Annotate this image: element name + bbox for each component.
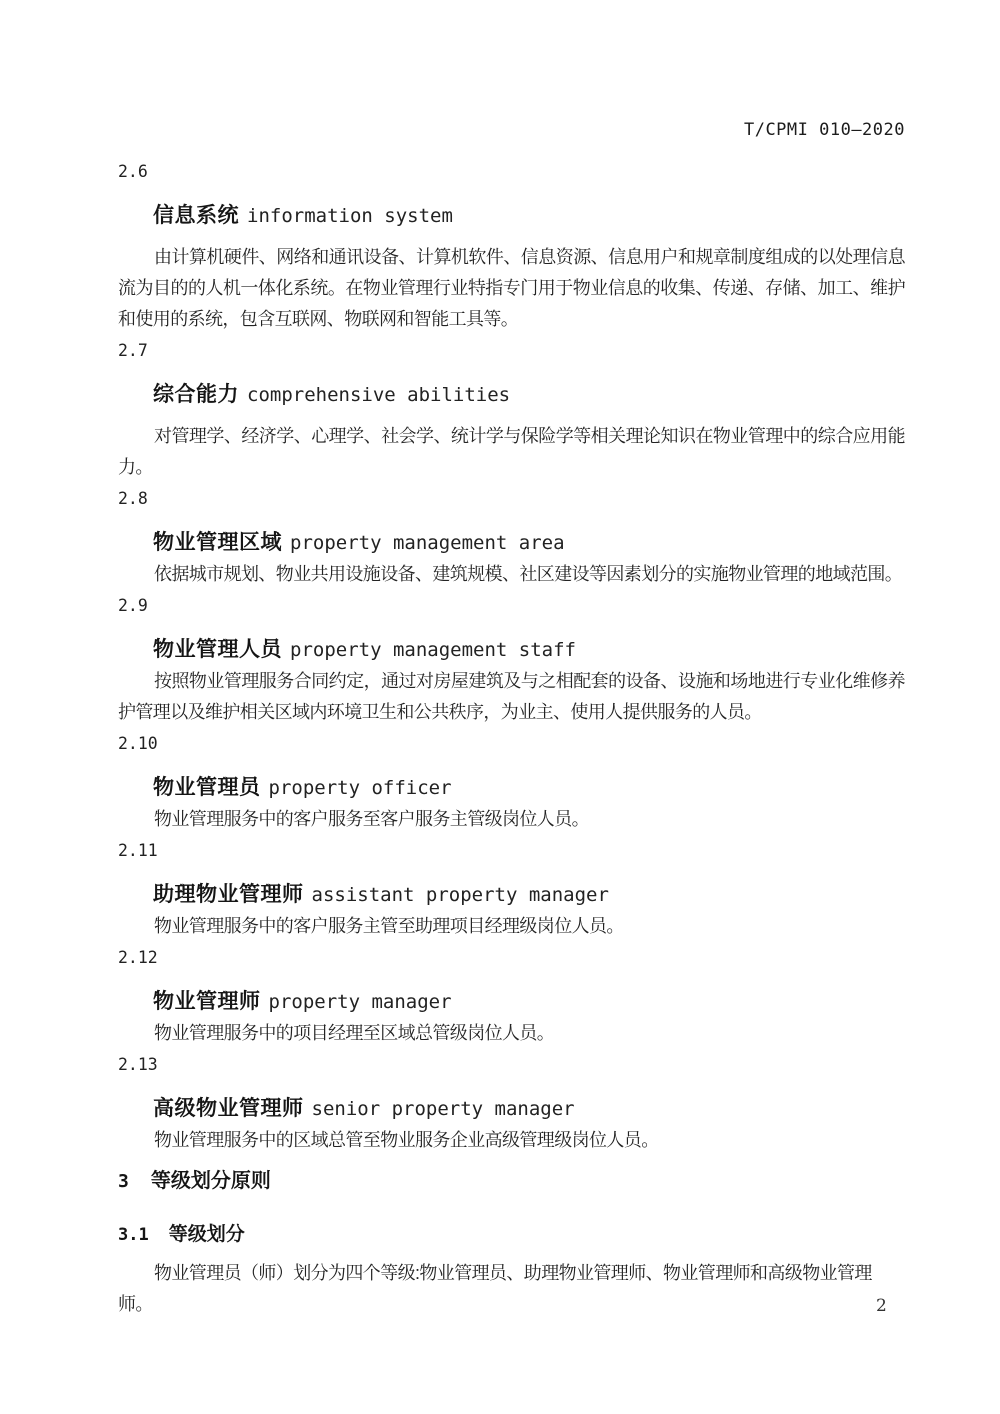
term-title: 物业管理区域property management area <box>118 530 905 557</box>
term-title: 信息系统information system <box>118 203 905 230</box>
term-en: property officer <box>269 777 452 799</box>
term-section-2-11: 2.11 助理物业管理师assistant property manager 物… <box>118 841 905 942</box>
definition-line: 对管理学、经济学、心理学、社会学、统计学与保险学等相关理论知识在物业管理中的综合… <box>118 421 905 452</box>
chapter-number: 3 <box>118 1169 129 1195</box>
document-code-header: T/CPMI 010—2020 <box>118 0 905 140</box>
definition-line: 由计算机硬件、网络和通讯设备、计算机软件、信息资源、信息用户和规章制度组成的以处… <box>118 242 905 273</box>
document-page: { "header": { "doc_code": "T/CPMI 010—20… <box>0 0 1000 1414</box>
definition-line: 力。 <box>118 452 905 483</box>
definition-line: 物业管理服务中的项目经理至区域总管级岗位人员。 <box>118 1018 905 1049</box>
chapter-title: 等级划分原则 <box>151 1170 271 1192</box>
definition-line: 物业管理服务中的客户服务主管至助理项目经理级岗位人员。 <box>118 911 905 942</box>
term-number: 2.13 <box>118 1055 905 1075</box>
definition-line: 护管理以及维护相关区域内环境卫生和公共秩序，为业主、使用人提供服务的人员。 <box>118 697 905 728</box>
term-en: property management area <box>290 532 565 554</box>
term-en: assistant property manager <box>312 884 609 906</box>
term-section-2-13: 2.13 高级物业管理师senior property manager 物业管理… <box>118 1055 905 1156</box>
definition-line: 依据城市规划、物业共用设施设备、建筑规模、社区建设等因素划分的实施物业管理的地域… <box>118 559 905 590</box>
definition-line: 按照物业管理服务合同约定，通过对房屋建筑及与之相配套的设备、设施和场地进行专业化… <box>118 666 905 697</box>
term-en: comprehensive abilities <box>247 384 510 406</box>
subsection-number: 3.1 <box>118 1222 149 1248</box>
definition: 由计算机硬件、网络和通讯设备、计算机软件、信息资源、信息用户和规章制度组成的以处… <box>118 242 905 335</box>
chapter-heading: 3等级划分原则 <box>118 1168 905 1195</box>
definition-line: 流为目的的人机一体化系统。在物业管理行业特指专门用于物业信息的收集、传递、存储、… <box>118 273 905 304</box>
term-section-2-7: 2.7 综合能力comprehensive abilities 对管理学、经济学… <box>118 341 905 483</box>
term-zh: 综合能力 <box>153 383 239 406</box>
term-en: information system <box>247 205 453 227</box>
term-zh: 物业管理区域 <box>153 531 282 554</box>
page-body: T/CPMI 010—2020 2.6 信息系统information syst… <box>118 0 905 1320</box>
definition: 依据城市规划、物业共用设施设备、建筑规模、社区建设等因素划分的实施物业管理的地域… <box>118 559 905 590</box>
term-section-2-10: 2.10 物业管理员property officer 物业管理服务中的客户服务至… <box>118 734 905 835</box>
term-title: 物业管理员property officer <box>118 775 905 802</box>
definition: 物业管理服务中的客户服务至客户服务主管级岗位人员。 <box>118 804 905 835</box>
definition-line: 物业管理服务中的区域总管至物业服务企业高级管理级岗位人员。 <box>118 1125 905 1156</box>
definition: 按照物业管理服务合同约定，通过对房屋建筑及与之相配套的设备、设施和场地进行专业化… <box>118 666 905 728</box>
term-number: 2.6 <box>118 162 905 182</box>
term-number: 2.8 <box>118 489 905 509</box>
term-title: 综合能力comprehensive abilities <box>118 382 905 409</box>
term-zh: 物业管理师 <box>153 990 261 1013</box>
term-zh: 助理物业管理师 <box>153 883 304 906</box>
term-en: property manager <box>269 991 452 1013</box>
term-section-2-12: 2.12 物业管理师property manager 物业管理服务中的项目经理至… <box>118 948 905 1049</box>
definition: 物业管理服务中的客户服务主管至助理项目经理级岗位人员。 <box>118 911 905 942</box>
body-paragraph: 物业管理员（师）划分为四个等级:物业管理员、助理物业管理师、物业管理师和高级物业… <box>118 1258 905 1320</box>
subsection-heading: 3.1等级划分 <box>118 1222 905 1248</box>
term-number: 2.11 <box>118 841 905 861</box>
term-section-2-9: 2.9 物业管理人员property management staff 按照物业… <box>118 596 905 728</box>
page-number: 2 <box>876 1296 887 1316</box>
term-zh: 物业管理人员 <box>153 638 282 661</box>
definition-line: 物业管理服务中的客户服务至客户服务主管级岗位人员。 <box>118 804 905 835</box>
term-title: 助理物业管理师assistant property manager <box>118 882 905 909</box>
definition: 物业管理服务中的区域总管至物业服务企业高级管理级岗位人员。 <box>118 1125 905 1156</box>
term-section-2-6: 2.6 信息系统information system 由计算机硬件、网络和通讯设… <box>118 162 905 335</box>
term-number: 2.10 <box>118 734 905 754</box>
term-title: 物业管理师property manager <box>118 989 905 1016</box>
term-number: 2.9 <box>118 596 905 616</box>
term-title: 高级物业管理师senior property manager <box>118 1096 905 1123</box>
term-number: 2.12 <box>118 948 905 968</box>
term-zh: 物业管理员 <box>153 776 261 799</box>
definition-line: 和使用的系统，包含互联网、物联网和智能工具等。 <box>118 304 905 335</box>
term-section-2-8: 2.8 物业管理区域property management area 依据城市规… <box>118 489 905 590</box>
term-number: 2.7 <box>118 341 905 361</box>
definition: 对管理学、经济学、心理学、社会学、统计学与保险学等相关理论知识在物业管理中的综合… <box>118 421 905 483</box>
term-zh: 高级物业管理师 <box>153 1097 304 1120</box>
term-en: senior property manager <box>312 1098 575 1120</box>
term-title: 物业管理人员property management staff <box>118 637 905 664</box>
subsection-title: 等级划分 <box>169 1224 245 1245</box>
term-zh: 信息系统 <box>153 204 239 227</box>
definition: 物业管理服务中的项目经理至区域总管级岗位人员。 <box>118 1018 905 1049</box>
term-en: property management staff <box>290 639 576 661</box>
